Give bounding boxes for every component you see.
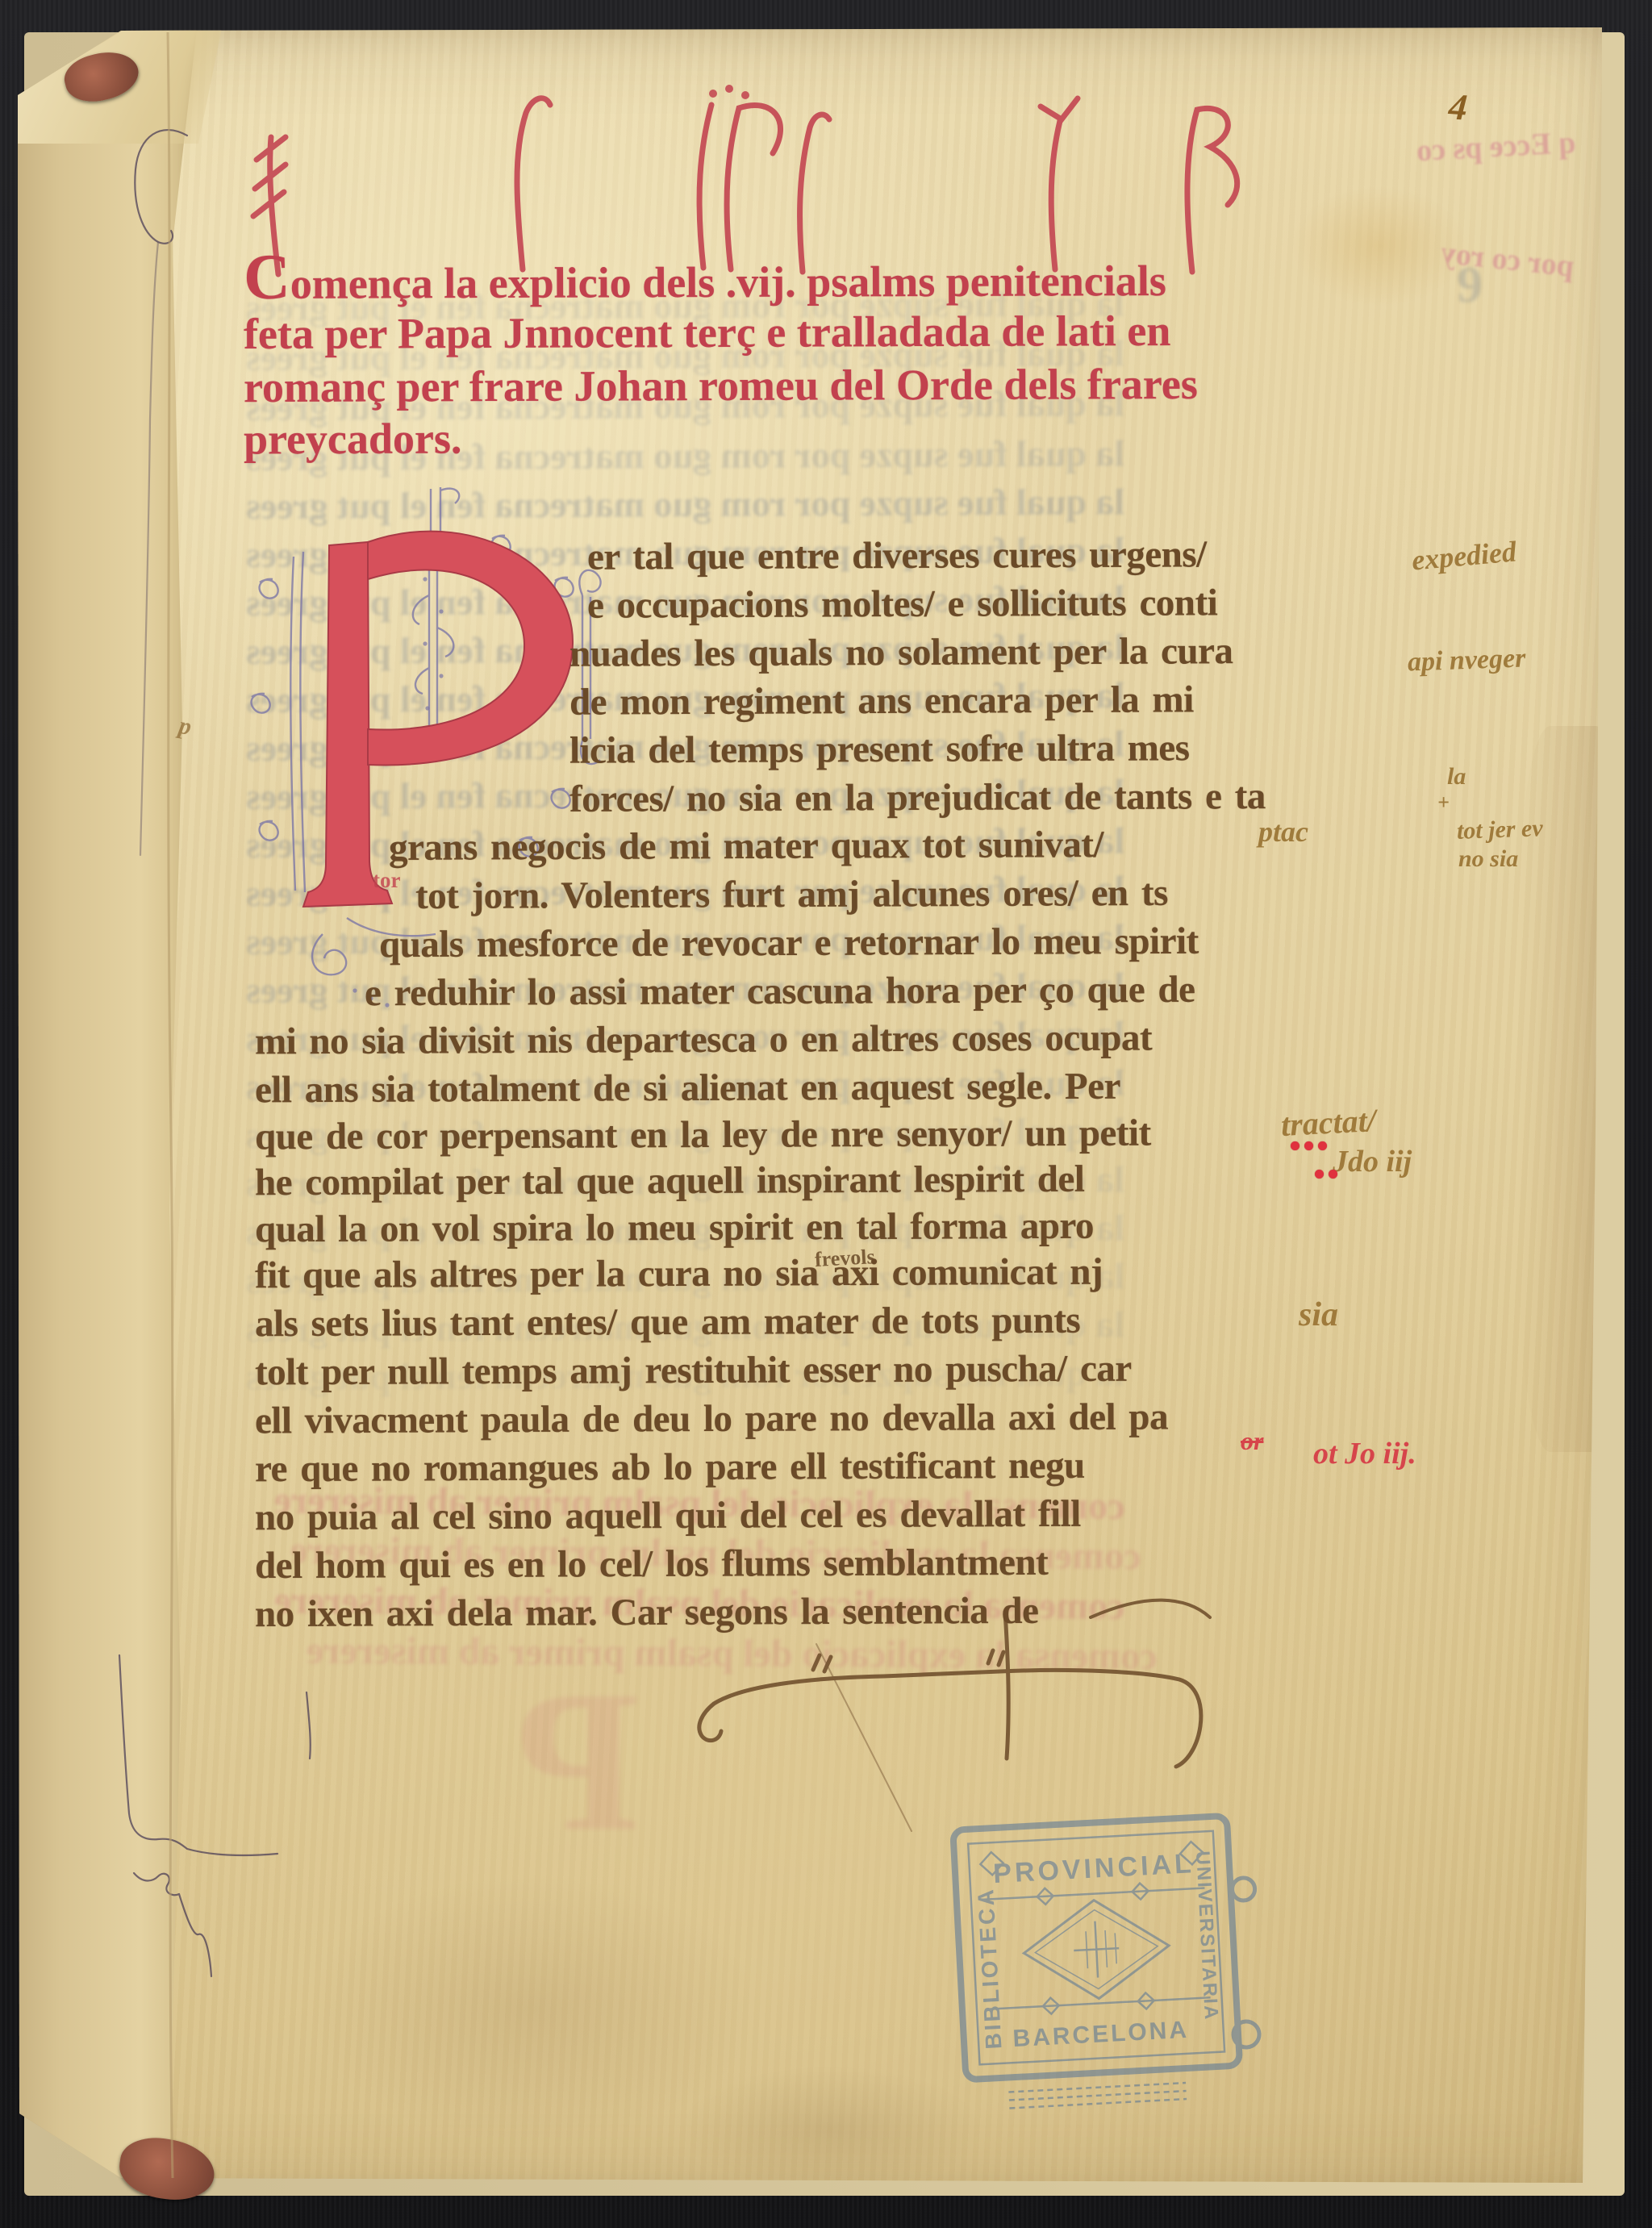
stamp-arms-cross — [1072, 1920, 1120, 1979]
margin-pen-doodles — [119, 130, 311, 1976]
stamp-text-bottom: BARCELONA — [1012, 2017, 1190, 2052]
manuscript-photo: la qual fue supze por rom guo matrecna f… — [0, 0, 1652, 2228]
stamp-text-right: UNIVERSITARIA — [1191, 1850, 1222, 2021]
library-stamp: PROVINCIAL BIBLIOTECA UNIVERSITARIA BARC… — [928, 1799, 1315, 2154]
pen-flourishes — [0, 0, 1652, 2228]
bottom-flourish — [699, 1600, 1210, 1831]
stamp-text-top: PROVINCIAL — [992, 1848, 1195, 1889]
gutter-fold-edge — [168, 32, 173, 2178]
